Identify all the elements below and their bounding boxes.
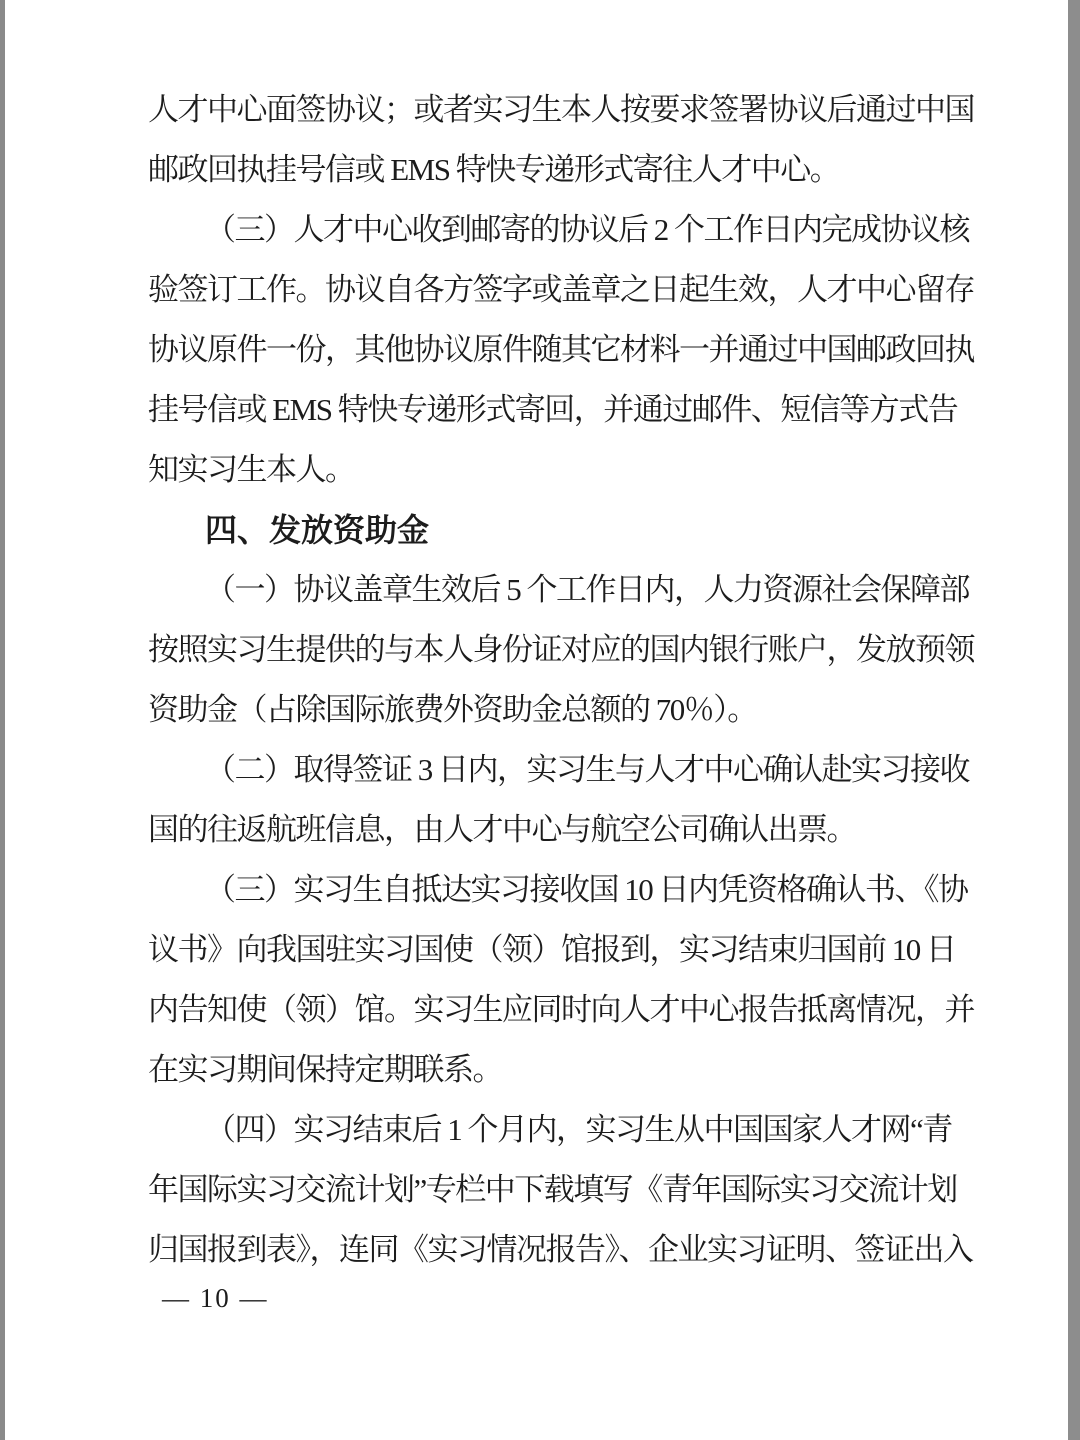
document-line: 邮政回执挂号信或 EMS 特快专递形式寄往人才中心。 (148, 140, 978, 200)
document-line: 人才中心面签协议；或者实习生本人按要求签署协议后通过中国 (148, 80, 978, 140)
document-body: 人才中心面签协议；或者实习生本人按要求签署协议后通过中国 邮政回执挂号信或 EM… (148, 80, 978, 1328)
document-line: 归国报到表》，连同《实习情况报告》、企业实习证明、签证出入 (148, 1220, 978, 1280)
document-line: （三）人才中心收到邮寄的协议后 2 个工作日内完成协议核 (148, 200, 978, 260)
scan-edge-left (0, 0, 5, 1440)
document-line: 国的往返航班信息，由人才中心与航空公司确认出票。 (148, 800, 978, 860)
document-line: （四）实习结束后 1 个月内，实习生从中国国家人才网“青 (148, 1100, 978, 1160)
document-line: 验签订工作。协议自各方签字或盖章之日起生效，人才中心留存 (148, 260, 978, 320)
document-line: 按照实习生提供的与本人身份证对应的国内银行账户，发放预领 (148, 620, 978, 680)
document-line: 资助金（占除国际旅费外资助金总额的 70％）。 (148, 680, 978, 740)
document-line: 知实习生本人。 (148, 440, 978, 500)
scanned-document-page: { "page": { "background": "#ffffff", "ed… (0, 0, 1080, 1440)
document-line: 协议原件一份，其他协议原件随其它材料一并通过中国邮政回执 (148, 320, 978, 380)
document-line: （三）实习生自抵达实习接收国 10 日内凭资格确认书、《协 (148, 860, 978, 920)
document-line: 年国际实习交流计划”专栏中下载填写《青年国际实习交流计划 (148, 1160, 978, 1220)
document-line: 内告知使（领）馆。实习生应同时向人才中心报告抵离情况，并 (148, 980, 978, 1040)
document-line: 在实习期间保持定期联系。 (148, 1040, 978, 1100)
document-line: 挂号信或 EMS 特快专递形式寄回，并通过邮件、短信等方式告 (148, 380, 978, 440)
document-line: （二）取得签证 3 日内，实习生与人才中心确认赴实习接收 (148, 740, 978, 800)
section-heading: 四、发放资助金 (148, 500, 978, 560)
document-line: 议书》向我国驻实习国使（领）馆报到，实习结束归国前 10 日 (148, 920, 978, 980)
scan-edge-right (1068, 0, 1080, 1440)
document-line: （一）协议盖章生效后 5 个工作日内，人力资源社会保障部 (148, 560, 978, 620)
